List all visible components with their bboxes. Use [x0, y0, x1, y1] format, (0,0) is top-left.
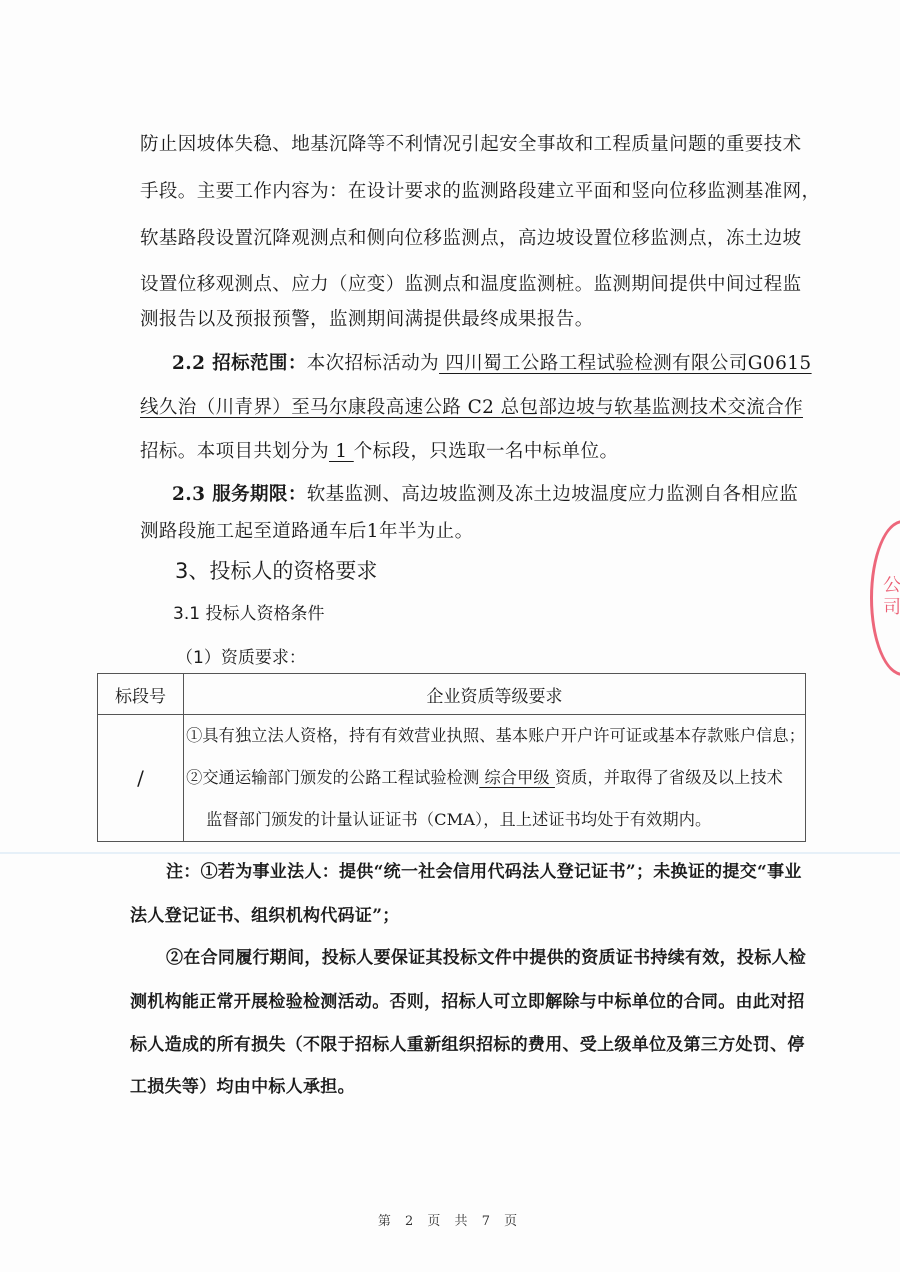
service-period-line2: 测路段施工起至道路通车后1年半为止。 — [140, 520, 772, 544]
lot-count-prefix: 招标。本项目共划分为 — [140, 441, 329, 462]
scan-seam-divider — [0, 852, 900, 854]
document-page: 防止因坡体失稳、地基沉降等不利情况引起安全事故和工程质量问题的重要技术 手段。主… — [0, 0, 900, 1272]
lot-count-suffix: 个标段，只选取一名中标单位。 — [354, 441, 619, 462]
bid-scope-line: 2.2 招标范围：本次招标活动为 四川蜀工公路工程试验检测有限公司G0615 — [172, 352, 772, 376]
header-lot-number: 标段号 — [98, 674, 184, 715]
requirement-2-suffix: 资质，并取得了省级及以上技术 — [555, 768, 783, 787]
requirement-2-continued: 监督部门颁发的计量认证证书（CMA），且上述证书均处于有效期内。 — [184, 799, 805, 841]
subsection-heading: 3.1 投标人资格条件 — [173, 602, 324, 626]
note-2-line-3: 标人造成的所有损失（不限于招标人重新组织招标的费用、受上级单位及第三方处罚、停 — [130, 1033, 770, 1057]
header-qualification: 企业资质等级要求 — [184, 674, 806, 715]
qualification-table: 标段号 企业资质等级要求 / ①具有独立法人资格，持有有效营业执照、基本账户开户… — [97, 673, 806, 842]
service-period-line: 2.3 服务期限：软基监测、高边坡监测及冻土边坡温度应力监测自各相应监 — [172, 483, 772, 507]
table-row: / ①具有独立法人资格，持有有效营业执照、基本账户开户许可证或基本存款账户信息；… — [98, 715, 806, 842]
requirements-cell: ①具有独立法人资格，持有有效营业执照、基本账户开户许可证或基本存款账户信息； ②… — [184, 715, 806, 842]
seal-text: 公司 — [883, 575, 900, 619]
bid-scope-label: 2.2 招标范围： — [172, 353, 307, 374]
note-2-line-2: 测机构能正常开展检验检测活动。否则，招标人可立即解除与中标单位的合同。由此对招 — [130, 990, 770, 1014]
paragraph-line: 测报告以及预报预警，监测期间满提供最终成果报告。 — [140, 308, 772, 332]
project-name-part1: 四川蜀工公路工程试验检测有限公司G0615 — [439, 353, 812, 374]
service-period-text: 软基监测、高边坡监测及冻土边坡温度应力监测自各相应监 — [307, 484, 798, 505]
requirement-2: ②交通运输部门颁发的公路工程试验检测 综合甲级 资质，并取得了省级及以上技术 — [184, 757, 805, 799]
section-heading: 3、投标人的资格要求 — [175, 558, 377, 584]
requirement-2-prefix: ②交通运输部门颁发的公路工程试验检测 — [186, 768, 479, 787]
lot-number-cell: / — [98, 715, 184, 842]
requirement-1: ①具有独立法人资格，持有有效营业执照、基本账户开户许可证或基本存款账户信息； — [184, 715, 805, 757]
bid-scope-intro: 本次招标活动为 — [307, 353, 439, 374]
note-2-line-1: ②在合同履行期间，投标人要保证其投标文件中提供的资质证书持续有效，投标人检 — [166, 946, 770, 970]
paragraph-line: 手段。主要工作内容为：在设计要求的监测路段建立平面和竖向位移监测基准网， — [140, 180, 772, 204]
note-2-line-4: 工损失等）均由中标人承担。 — [130, 1075, 770, 1099]
note-1-line-1: 注：①若为事业法人：提供“统一社会信用代码法人登记证书”；未换证的提交“事业 — [166, 860, 770, 884]
paragraph-line: 防止因坡体失稳、地基沉降等不利情况引起安全事故和工程质量问题的重要技术 — [140, 133, 772, 157]
lot-count-line: 招标。本项目共划分为 1 个标段，只选取一名中标单位。 — [140, 440, 772, 464]
service-period-label: 2.3 服务期限： — [172, 484, 307, 505]
project-name-part2: 线久治（川青界）至马尔康段高速公路 C2 总包部边坡与软基监测技术交流合作 — [140, 396, 772, 420]
page-number-footer: 第 2 页 共 7 页 — [0, 1210, 900, 1229]
lot-count-value: 1 — [329, 441, 354, 462]
paragraph-line: 设置位移观测点、应力（应变）监测点和温度监测桩。监测期间提供中间过程监 — [140, 273, 772, 297]
item-heading: （1）资质要求： — [176, 646, 306, 670]
note-1-line-2: 法人登记证书、组织机构代码证”； — [130, 904, 770, 928]
paragraph-line: 软基路段设置沉降观测点和侧向位移监测点，高边坡设置位移监测点，冻土边坡 — [140, 227, 772, 251]
table-header-row: 标段号 企业资质等级要求 — [98, 674, 806, 715]
qualification-grade: 综合甲级 — [479, 768, 555, 787]
